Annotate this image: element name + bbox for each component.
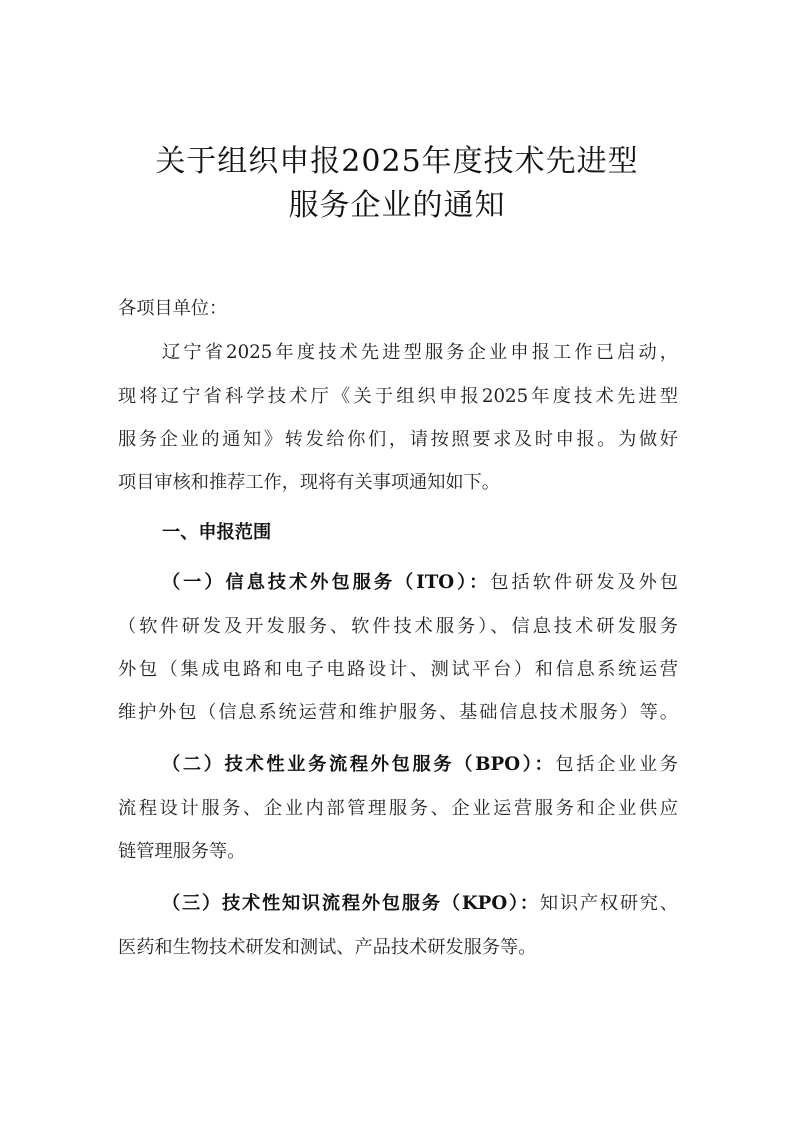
item-2-label: （二）技术性业务流程外包服务（BPO）：	[162, 754, 555, 775]
section-heading: 一、申报范围	[162, 520, 678, 546]
document-title-line-2: 服务企业的通知	[0, 184, 794, 228]
item-2-first-line: （二）技术性业务流程外包服务（BPO）：包括企业业务	[162, 752, 678, 778]
item-3-label: （三）技术性知识流程外包服务（KPO）：	[162, 893, 540, 914]
item-3-first-line: （三）技术性知识流程外包服务（KPO）：知识产权研究、	[162, 891, 678, 917]
salutation: 各项目单位：	[118, 296, 678, 322]
document-page: 关于组织申报2025年度技术先进型 服务企业的通知 各项目单位： 辽宁省2025…	[0, 0, 794, 1123]
item-1-first-line: （一）信息技术外包服务（ITO）：包括软件研发及外包	[162, 570, 678, 596]
item-1-line-2: （软件研发及开发服务、软件技术服务）、信息技术研发服务	[118, 614, 678, 640]
intro-line-3: 服务企业的通知》转发给你们，请按照要求及时申报。为做好	[118, 427, 678, 453]
item-3-first-line-text: 知识产权研究、	[540, 893, 678, 914]
item-2-line-3: 链管理服务等。	[118, 839, 678, 865]
intro-line-2: 现将辽宁省科学技术厅《关于组织申报2025年度技术先进型	[118, 384, 678, 410]
item-2-first-line-text: 包括企业业务	[555, 754, 678, 775]
item-1-line-3: 外包（集成电路和电子电路设计、测试平台）和信息系统运营	[118, 657, 678, 683]
item-3-line-2: 医药和生物技术研发和测试、产品技术研发服务等。	[118, 935, 678, 961]
document-title-line-1: 关于组织申报2025年度技术先进型	[0, 140, 794, 184]
intro-line-1: 辽宁省2025年度技术先进型服务企业申报工作已启动，	[162, 340, 678, 366]
item-2-line-2: 流程设计服务、企业内部管理服务、企业运营服务和企业供应	[118, 796, 678, 822]
item-1-first-line-text: 包括软件研发及外包	[490, 572, 678, 593]
item-1-line-4: 维护外包（信息系统运营和维护服务、基础信息技术服务）等。	[118, 700, 678, 726]
intro-line-4: 项目审核和推荐工作，现将有关事项通知如下。	[118, 470, 678, 496]
item-1-label: （一）信息技术外包服务（ITO）：	[162, 572, 490, 593]
